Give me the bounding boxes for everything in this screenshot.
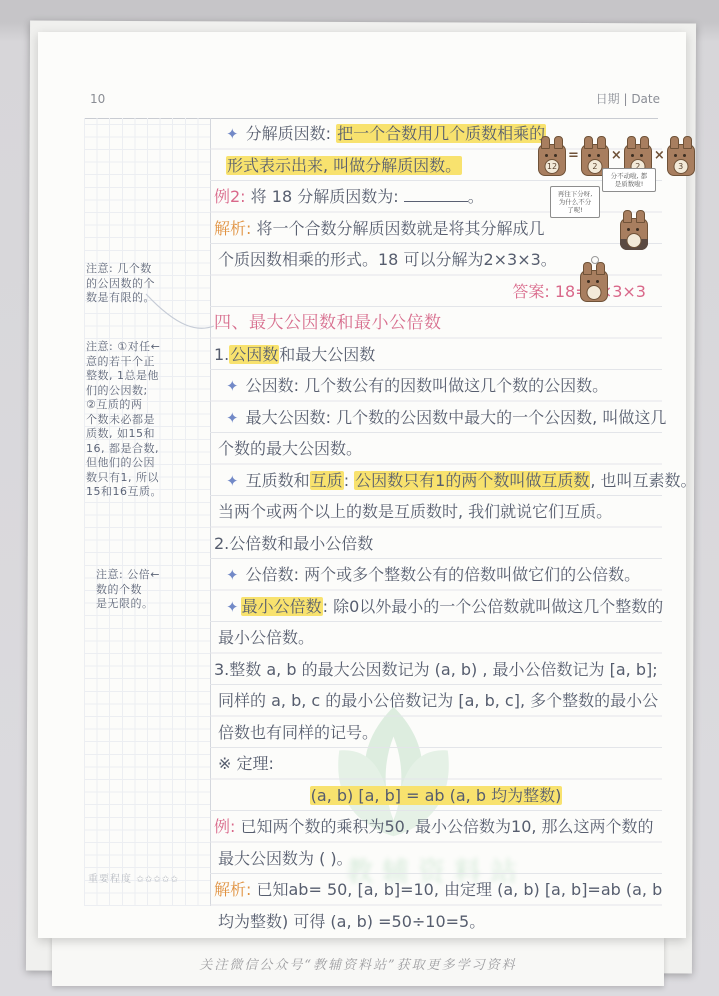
bear-number-badge: 12 (545, 159, 560, 174)
content-line: ※ 定理: (210, 748, 662, 780)
speech-bubble: 分不动啦, 都是质数啦! (602, 168, 656, 192)
page-number: 10 (90, 92, 105, 106)
margin-note: 注意: ①对任←意的若干个正整数, 1总是他们的公因数;②互质的两个数未必都是质… (86, 340, 206, 500)
bear-icon: 12 (538, 144, 566, 176)
content-line: 倍数也有同样的记号。 (210, 717, 662, 749)
text-segment: 当两个或两个以上的数是互质数时, 我们就说它们互质。 (218, 502, 612, 521)
text-segment: 例: (214, 817, 240, 836)
text-segment: 。 (468, 187, 484, 206)
content-line: ✦ 公因数: 几个数公有的因数叫做这几个数的公因数。 (210, 370, 662, 402)
text-segment: 公倍数: 两个或多个整数公有的倍数叫做它们的公倍数。 (241, 565, 641, 584)
text-segment: 3.整数 a, b 的最大公因数记为 (a, b) , 最小公倍数记为 [a, … (214, 660, 658, 679)
footer-sheet: 关注微信公众号“教辅资料站”获取更多学习资料 (52, 936, 664, 986)
content-line: 同样的 a, b, c 的最小公倍数记为 [a, b, c], 多个整数的最小公 (210, 685, 662, 717)
text-segment: 已知ab= 50, [a, b]=10, 由定理 (a, b) [a, b]=a… (256, 880, 662, 899)
text-segment: 将一个合数分解质因数就是将其分解成几 (256, 219, 544, 238)
text-segment: 已知两个数的乘积为50, 最小公倍数为10, 那么这两个数的 (240, 817, 653, 836)
sparkle-bullet-icon: ✦ (226, 598, 239, 616)
text-segment: 解析: (214, 219, 256, 238)
text-segment: : 除0以外最小的一个公倍数就叫做这几个整数的 (323, 597, 664, 616)
content-line: 2.公倍数和最小公倍数 (210, 528, 662, 560)
text-segment: 例2: (214, 187, 251, 206)
stamp-label: 重要程度 (88, 874, 132, 885)
margin-note: 注意: 几个数的公因数的个数是有限的。 (86, 262, 206, 306)
content-line: ✦ 公倍数: 两个或多个整数公有的倍数叫做它们的公倍数。 (210, 559, 662, 591)
content-line: (a, b) [a, b] = ab (a, b 均为整数) (210, 780, 662, 812)
text-segment: 最小公倍数。 (218, 628, 314, 647)
text-segment: (a, b) [a, b] = ab (a, b 均为整数) (310, 786, 563, 805)
bear-sticker (580, 270, 608, 302)
content-line: 当两个或两个以上的数是互质数时, 我们就说它们互质。 (210, 496, 662, 528)
text-segment: 2.公倍数和最小公倍数 (214, 534, 373, 553)
text-segment: 四、最大公因数和最小公倍数 (214, 313, 442, 333)
text-segment: 互质 (310, 471, 344, 490)
text-segment: 公因数只有1的两个数叫做互质数 (354, 471, 590, 490)
text-segment: 均为整数) 可得 (a, b) =50÷10=5。 (218, 912, 485, 931)
text-segment: : (344, 471, 354, 490)
text-segment: 同样的 a, b, c 的最小公倍数记为 [a, b, c], 多个整数的最小公 (218, 691, 658, 710)
notebook-page: 10 日期 | Date 教辅资料站 ✦ 分解质因数: 把一个合数用几个质数相乘… (38, 32, 686, 938)
margin-note: 注意: 公倍←数的个数是无限的。 (96, 568, 216, 612)
text-segment: 分解质因数: (241, 124, 337, 143)
bear-icon (580, 270, 608, 302)
text-segment: 解析: (214, 880, 256, 899)
text-segment: , 也叫互素数。 (590, 471, 696, 490)
footer-caption: 关注微信公众号“教辅资料站”获取更多学习资料 (52, 936, 664, 973)
content-line: ✦ 互质数和互质: 公因数只有1的两个数叫做互质数, 也叫互素数。 (210, 465, 662, 497)
bear-icon: 3 (667, 144, 695, 176)
notebook-photo: 关注微信公众号“教辅资料站”获取更多学习资料 10 日期 | Date 教辅资料… (0, 0, 719, 996)
sparkle-bullet-icon: ✦ (226, 472, 239, 490)
margin-grid-column (84, 118, 211, 906)
stamp-stars: ✩✩✩✩✩ (136, 875, 179, 885)
bear-sticker (620, 218, 648, 250)
date-label: 日期 | Date (596, 90, 660, 107)
text-segment: 将 18 分解质因数为: (251, 187, 404, 206)
sparkle-bullet-icon: ✦ (226, 377, 239, 395)
bear-number-badge (627, 233, 642, 248)
text-segment: 最大公因数: 几个数的公因数中最大的一个公因数, 叫做这几 (241, 408, 667, 427)
text-segment: 1. (214, 345, 229, 364)
importance-stamp: 重要程度 ✩✩✩✩✩ (88, 870, 179, 885)
content-line: 例: 已知两个数的乘积为50, 最小公倍数为10, 那么这两个数的 (210, 811, 662, 843)
text-segment: 最大公因数为 ( )。 (218, 849, 353, 868)
text-segment: 个质因数相乘的形式。18 可以分解为2×3×3。 (218, 250, 557, 269)
text-segment: 公因数 (229, 345, 279, 364)
content-line: 解析: 已知ab= 50, [a, b]=10, 由定理 (a, b) [a, … (210, 874, 662, 906)
content-line: 均为整数) 可得 (a, b) =50÷10=5。 (210, 906, 662, 938)
text-segment: 最小公倍数 (241, 597, 323, 616)
content-line: 最小公倍数。 (210, 622, 662, 654)
text-segment: ※ 定理: (218, 754, 274, 773)
content-line: 个数的最大公因数。 (210, 433, 662, 465)
bear-number-badge: 2 (587, 159, 602, 174)
bear-icon (620, 218, 648, 250)
content-line: 最大公因数为 ( )。 (210, 843, 662, 875)
answer-blank (404, 187, 468, 202)
speech-bubble: 再往下分呀,为什么不分了呢! (550, 186, 600, 218)
text-segment: 形式表示出来, 叫做分解质因数。 (226, 156, 462, 175)
content-line: ✦ 最大公因数: 几个数的公因数中最大的一个公因数, 叫做这几 (210, 402, 662, 434)
bear-number-badge (587, 285, 602, 300)
content-line: ✦最小公倍数: 除0以外最小的一个公倍数就叫做这几个整数的 (210, 591, 662, 623)
sparkle-bullet-icon: ✦ (226, 409, 239, 427)
text-segment: 把一个合数用几个质数相乘的 (336, 124, 546, 143)
sparkle-bullet-icon: ✦ (226, 566, 239, 584)
text-segment: 公因数: 几个数公有的因数叫做这几个数的公因数。 (241, 376, 609, 395)
text-segment: 和最大公因数 (279, 345, 375, 364)
sparkle-bullet-icon: ✦ (226, 125, 239, 143)
bear-number-badge: 3 (673, 159, 688, 174)
text-segment: 个数的最大公因数。 (218, 439, 362, 458)
sticker-area: 12=2×2×3 再往下分呀,为什么不分了呢! 分不动啦, 都是质数啦! (538, 132, 719, 352)
content-line: 3.整数 a, b 的最大公因数记为 (a, b) , 最小公倍数记为 [a, … (210, 654, 662, 686)
text-segment: 互质数和 (241, 471, 310, 490)
text-segment: 倍数也有同样的记号。 (218, 723, 378, 742)
